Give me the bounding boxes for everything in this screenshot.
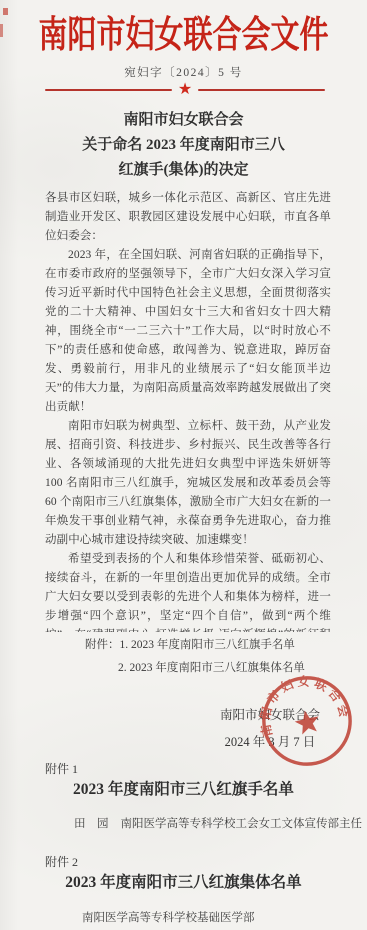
appendix-1-label: 附件 1 [45, 760, 78, 777]
signature-date: 2024 年 3 月 7 日 [220, 729, 320, 756]
attachment-2-text: 2. 2023 年度南阳市三八红旗集体名单 [118, 662, 305, 674]
appendix-1-entry: 田 园南阳医学高等专科学校工会女工文体宣传部主任 [74, 815, 362, 831]
appendix-1-title: 2023 年度南阳市三八红旗手名单 [0, 777, 367, 799]
letterhead-divider: ★ [45, 82, 325, 98]
honoree-name: 田 园 [74, 818, 109, 830]
paragraph-2: 南阳市妇联为树典型、立标杆、鼓干劲，从产业发展、招商引资、科技进步、乡村振兴、民… [45, 417, 331, 550]
appendix-2-title: 2023 年度南阳市三八红旗集体名单 [0, 870, 367, 892]
document-body: 各县市区妇联，城乡一体化示范区、高新区、官庄先进制造业开发区、职教园区建设发展中… [45, 189, 331, 632]
document-title: 南阳市妇女联合会 关于命名 2023 年度南阳市三八 红旗手(集体)的决定 [0, 108, 367, 183]
document-title-line3: 红旗手(集体)的决定 [0, 158, 367, 183]
paragraph-3: 希望受到表扬的个人和集体珍惜荣誉、砥砺初心、接续奋斗，在新的一年里创造出更加优异… [45, 550, 331, 632]
document-title-line1: 南阳市妇女联合会 [0, 108, 367, 133]
honoree-role: 南阳医学高等专科学校工会女工文体宣传部主任 [121, 818, 363, 830]
divider-line-right [198, 89, 325, 91]
attachments-list: 附件：1. 2023 年度南阳市三八红旗手名单 2. 2023 年度南阳市三八红… [85, 634, 337, 680]
divider-line-left [45, 89, 172, 91]
signature-org: 南阳市妇女联合会 [220, 702, 320, 729]
scanned-document-page: 南阳市妇女联合会文件 宛妇字〔2024〕5 号 ★ 南阳市妇女联合会 关于命名 … [0, 0, 367, 930]
paragraph-1: 2023 年，在全国妇联、河南省妇联的正确指导下，在市委市政府的坚强领导下，全市… [45, 246, 331, 417]
appendix-2-label: 附件 2 [45, 853, 78, 870]
star-icon: ★ [178, 83, 192, 97]
attachment-item-1: 附件：1. 2023 年度南阳市三八红旗手名单 [85, 634, 337, 657]
attachment-1-text: 1. 2023 年度南阳市三八红旗手名单 [120, 639, 295, 651]
signature-block: 南阳市妇女联合会 2024 年 3 月 7 日 [220, 702, 320, 756]
attachments-label: 附件： [85, 639, 120, 651]
attachment-item-2: 2. 2023 年度南阳市三八红旗集体名单 [85, 657, 337, 680]
appendix-2-entry: 南阳医学高等专科学校基础医学部 [82, 909, 255, 925]
letterhead-org-title: 南阳市妇女联合会文件 [0, 6, 367, 58]
salutation: 各县市区妇联，城乡一体化示范区、高新区、官庄先进制造业开发区、职教园区建设发展中… [45, 189, 331, 246]
document-title-line2: 关于命名 2023 年度南阳市三八 [0, 133, 367, 158]
document-number: 宛妇字〔2024〕5 号 [0, 64, 367, 80]
